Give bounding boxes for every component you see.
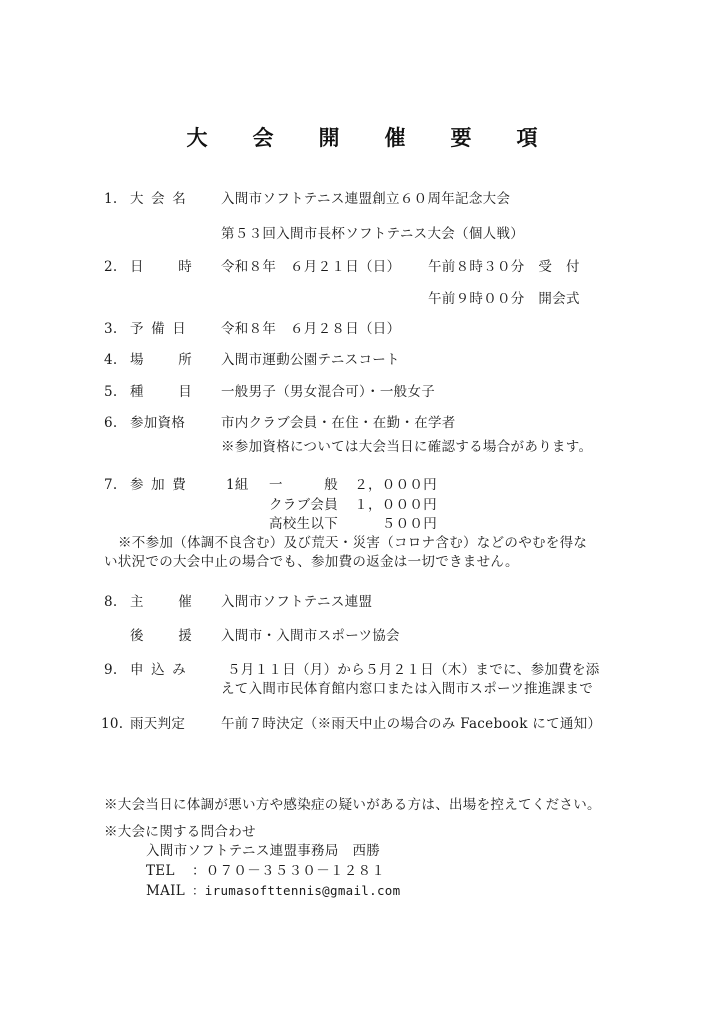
- section-label: 参 加 費: [130, 476, 186, 494]
- section-number: 3.: [104, 320, 117, 338]
- section-number: 5.: [104, 383, 117, 401]
- fee-amount: ５００円: [345, 515, 437, 533]
- label-char: 援: [178, 627, 192, 645]
- title-char: 会: [230, 122, 296, 152]
- eligibility-text: 市内クラブ会員・在住・在勤・在学者: [221, 414, 456, 432]
- tournament-name-line: 第５３回入間市長杯ソフトテニス大会（個人戦）: [221, 225, 524, 243]
- label-char: 種: [130, 383, 144, 401]
- tel-number: ：０７０－３５３０－１２８１: [192, 862, 385, 880]
- label-char: 備: [151, 320, 165, 338]
- label-char: 場: [130, 351, 144, 369]
- label-char: 後: [130, 627, 144, 645]
- event-date: 令和８年 ６月２１日（日）: [221, 258, 400, 276]
- label-char: 会: [151, 190, 165, 208]
- rain-decision: 午前７時決定（※雨天中止の場合のみ Facebook にて通知）: [221, 715, 601, 733]
- label-char: 所: [178, 351, 192, 369]
- label-char: み: [172, 661, 186, 679]
- section-number: 6.: [104, 414, 117, 432]
- fee-category: 高校生以下: [262, 515, 338, 533]
- label-char: 主: [130, 593, 144, 611]
- opening-time: 午前９時００分 開会式: [428, 290, 580, 308]
- contact-heading: ※大会に関する問合わせ: [104, 823, 256, 841]
- label-char: 大: [130, 190, 144, 208]
- title-char: 開: [296, 122, 362, 152]
- section-label: 予 備 日: [130, 320, 186, 338]
- mail-address[interactable]: ：irumasofttennis@gmail.com: [192, 882, 400, 900]
- sponsor: 入間市・入間市スポーツ協会: [221, 627, 400, 645]
- title-char: 大: [164, 122, 230, 152]
- fee-category: クラブ会員: [262, 496, 338, 514]
- health-notice: ※大会当日に体調が悪い方や感染症の疑いがある方は、出場を控えてください。: [104, 796, 601, 814]
- label-char: 予: [130, 320, 144, 338]
- refund-note: ※不参加（体調不良含む）及び荒天・災害（コロナ含む）などのやむを得な: [118, 534, 587, 552]
- label-char: 時: [178, 258, 192, 276]
- page-title: 大 会 開 催 要 項: [0, 122, 724, 152]
- label-char: 費: [172, 476, 186, 494]
- section-label: 大 会 名: [130, 190, 186, 208]
- reception-time: 午前８時３０分 受 付: [428, 258, 580, 276]
- fee-category: 一 般: [262, 476, 338, 494]
- label-char: 日: [130, 258, 144, 276]
- label-char: 催: [178, 593, 192, 611]
- fee-unit: 1組: [226, 476, 249, 494]
- section-label: 場 所: [130, 351, 192, 369]
- section-number: 8.: [104, 593, 117, 611]
- fee-amount: １，０００円: [345, 496, 437, 514]
- section-label: 種 目: [130, 383, 192, 401]
- fee-amount: ２，０００円: [345, 476, 437, 494]
- eligibility-note: ※参加資格については大会当日に確認する場合があります。: [221, 438, 592, 456]
- tel-label: TEL: [146, 862, 175, 880]
- section-label: 申 込 み: [130, 661, 186, 679]
- section-number: 7.: [104, 476, 117, 494]
- contact-office: 入間市ソフトテニス連盟事務局 西勝: [146, 842, 380, 860]
- label-char: 加: [151, 476, 165, 494]
- label-char: 申: [130, 661, 144, 679]
- section-label: 雨天判定: [130, 715, 185, 733]
- title-char: 項: [494, 122, 560, 152]
- label-char: 日: [172, 320, 186, 338]
- application-text: ５月１１日（月）から５月２１日（木）までに、参加費を添: [227, 661, 600, 679]
- section-number: 4.: [104, 351, 117, 369]
- section-label: 参加資格: [130, 414, 185, 432]
- reserve-date: 令和８年 ６月２８日（日）: [221, 320, 400, 338]
- section-number: 10.: [101, 715, 123, 733]
- label-char: 名: [172, 190, 186, 208]
- label-char: 込: [151, 661, 165, 679]
- refund-note: い状況での大会中止の場合でも、参加費の返金は一切できません。: [104, 553, 519, 571]
- section-number: 2.: [104, 258, 117, 276]
- label-char: 目: [178, 383, 192, 401]
- title-char: 要: [428, 122, 494, 152]
- sponsor-label: 後 援: [130, 627, 192, 645]
- mail-label: MAIL: [146, 882, 185, 900]
- event-categories: 一般男子（男女混合可）・一般女子: [221, 383, 435, 401]
- section-label: 主 催: [130, 593, 192, 611]
- tournament-name-line: 入間市ソフトテニス連盟創立６０周年記念大会: [221, 190, 510, 208]
- organizer: 入間市ソフトテニス連盟: [221, 593, 372, 611]
- title-char: 催: [362, 122, 428, 152]
- application-text: えて入間市民体育館内窓口または入間市スポーツ推進課まで: [221, 680, 593, 698]
- section-number: 1.: [104, 190, 117, 208]
- venue: 入間市運動公園テニスコート: [221, 351, 400, 369]
- section-label: 日 時: [130, 258, 192, 276]
- section-number: 9.: [104, 661, 117, 679]
- label-char: 参: [130, 476, 144, 494]
